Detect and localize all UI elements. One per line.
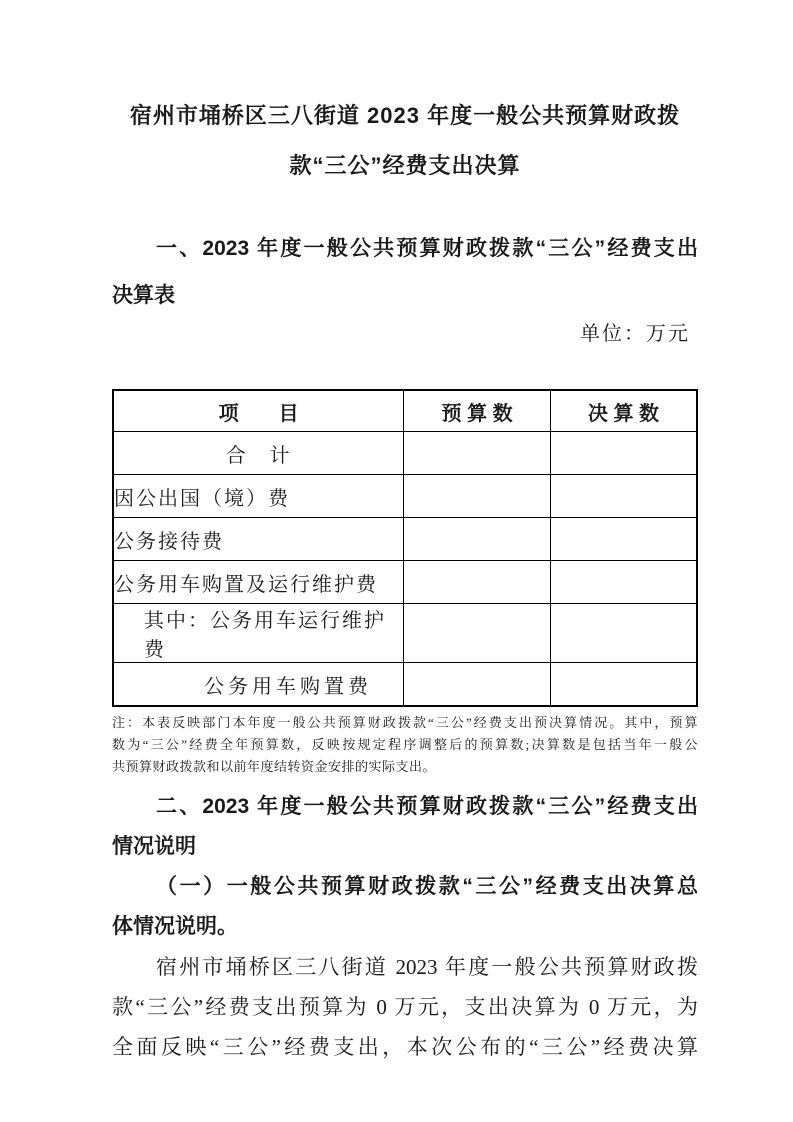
- paragraph-1-line-3: 全面反映“三公”经费支出，本次公布的“三公”经费决算: [112, 1027, 698, 1067]
- row-label-vehicle-purchase: 公务用车购置费: [113, 663, 404, 707]
- budget-value-total: [404, 432, 551, 475]
- table-row-vehicle-operation: 其中：公务用车运行维护费: [113, 604, 697, 663]
- subsection-1-heading-line-1: （一）一般公共预算财政拨款“三公”经费支出决算总: [112, 867, 698, 907]
- unit-label: 单位：万元: [112, 321, 698, 348]
- row-label-abroad-fee: 因公出国（境）费: [113, 475, 404, 518]
- final-value-reception-fee: [550, 518, 697, 561]
- row-label-vehicle-total: 公务用车购置及运行维护费: [113, 561, 404, 604]
- table-row-reception-fee: 公务接待费: [113, 518, 697, 561]
- budget-value-vehicle-purchase: [404, 663, 551, 707]
- section-2-heading-line-1: 二、2023 年度一般公共预算财政拨款“三公”经费支出: [112, 787, 698, 827]
- table-row-vehicle-purchase: 公务用车购置费: [113, 663, 697, 707]
- document-page: 宿州市埇桥区三八街道 2023 年度一般公共预算财政拨 款“三公”经费支出决算 …: [0, 0, 793, 1122]
- table-note-line-2: 数为“三公”经费全年预算数，反映按规定程序调整后的预算数;决算数是包括当年一般公: [112, 734, 698, 756]
- table-header-row: 项 目 预 算 数 决 算 数: [113, 390, 697, 432]
- section-1-heading-line-1: 一、2023 年度一般公共预算财政拨款“三公”经费支出: [112, 225, 698, 272]
- col-header-budget: 预 算 数: [404, 390, 551, 432]
- final-value-vehicle-total: [550, 561, 697, 604]
- title-line-2: 款“三公”经费支出决算: [112, 141, 698, 191]
- table-note-line-3: 共预算财政拨款和以前年度结转资金安排的实际支出。: [112, 756, 698, 778]
- paragraph-1-line-2: 款“三公”经费支出预算为 0 万元，支出决算为 0 万元，为: [112, 987, 698, 1027]
- section-1-heading: 一、2023 年度一般公共预算财政拨款“三公”经费支出 决算表: [112, 225, 698, 319]
- row-label-reception-fee: 公务接待费: [113, 518, 404, 561]
- table-row-abroad-fee: 因公出国（境）费: [113, 475, 697, 518]
- row-label-total: 合 计: [113, 432, 404, 475]
- final-value-vehicle-operation: [550, 604, 697, 663]
- document-title: 宿州市埇桥区三八街道 2023 年度一般公共预算财政拨 款“三公”经费支出决算: [112, 91, 698, 191]
- table-row-vehicle-total: 公务用车购置及运行维护费: [113, 561, 697, 604]
- section-2-heading-line-2: 情况说明: [112, 827, 698, 867]
- budget-value-vehicle-total: [404, 561, 551, 604]
- paragraph-1-line-1: 宿州市埇桥区三八街道 2023 年度一般公共预算财政拨: [112, 947, 698, 987]
- explanation-section: 二、2023 年度一般公共预算财政拨款“三公”经费支出 情况说明 （一）一般公共…: [112, 787, 698, 1067]
- final-value-vehicle-purchase: [550, 663, 697, 707]
- table-note-line-1: 注：本表反映部门本年度一般公共预算财政拨款“三公”经费支出预决算情况。其中，预算: [112, 712, 698, 734]
- table-note: 注：本表反映部门本年度一般公共预算财政拨款“三公”经费支出预决算情况。其中，预算…: [112, 712, 698, 778]
- section-1-heading-line-2: 决算表: [112, 272, 698, 319]
- final-value-abroad-fee: [550, 475, 697, 518]
- col-header-final: 决 算 数: [550, 390, 697, 432]
- col-header-item: 项 目: [113, 390, 404, 432]
- budget-value-vehicle-operation: [404, 604, 551, 663]
- title-line-1: 宿州市埇桥区三八街道 2023 年度一般公共预算财政拨: [112, 91, 698, 141]
- final-value-total: [550, 432, 697, 475]
- subsection-1-heading-line-2: 体情况说明。: [112, 907, 698, 947]
- budget-value-abroad-fee: [404, 475, 551, 518]
- table-row-total: 合 计: [113, 432, 697, 475]
- budget-table: 项 目 预 算 数 决 算 数 合 计 因公出国（境）费 公务接待费: [112, 389, 698, 707]
- row-label-vehicle-operation: 其中：公务用车运行维护费: [113, 604, 404, 663]
- budget-value-reception-fee: [404, 518, 551, 561]
